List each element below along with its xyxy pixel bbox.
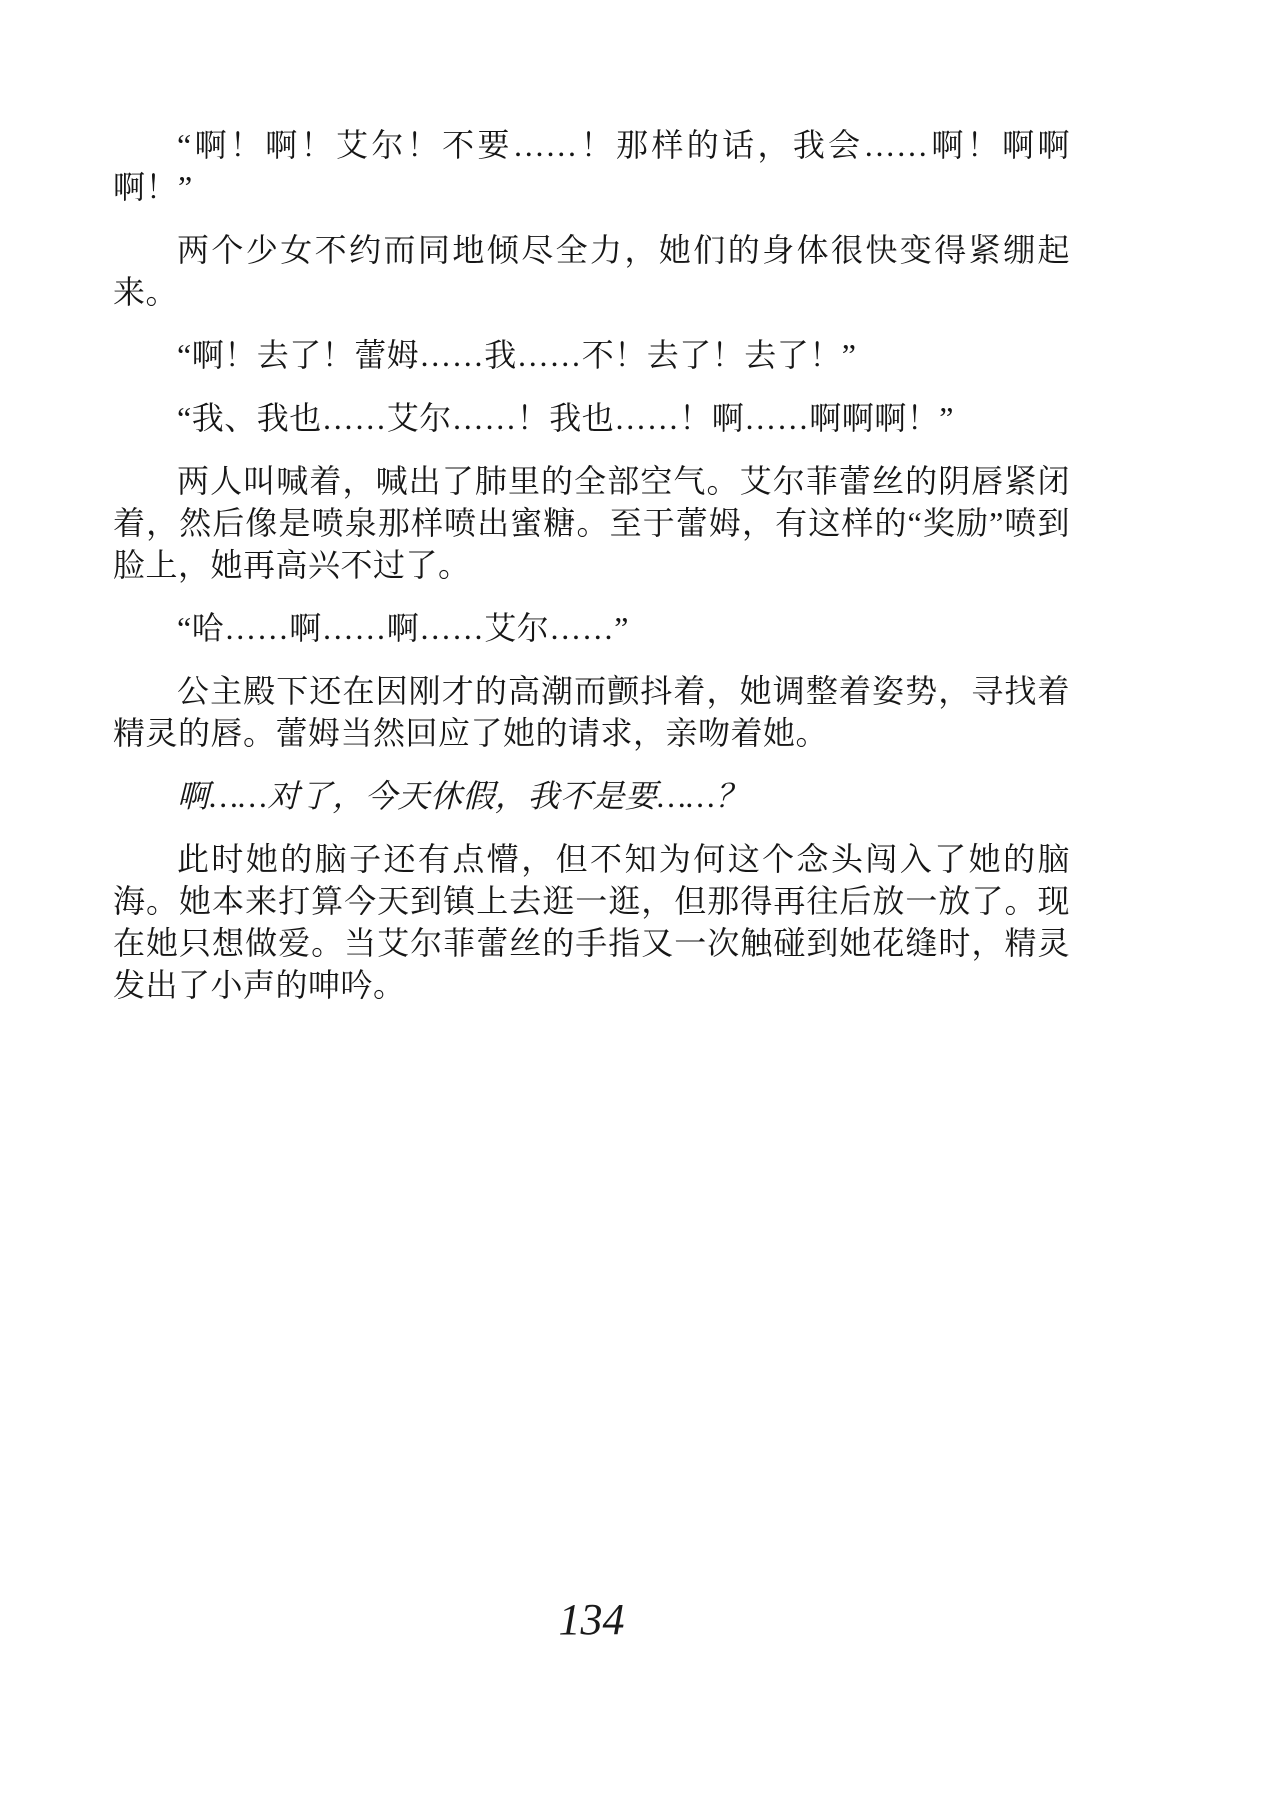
page-number: 134	[113, 1594, 1070, 1646]
paragraph-narration-1: 两个少女不约而同地倾尽全力，她们的身体很快变得紧绷起来。	[113, 229, 1070, 313]
paragraph-dialogue-3: “我、我也……艾尔……！我也……！啊……啊啊啊！”	[113, 397, 1070, 439]
paragraph-narration-3: 公主殿下还在因刚才的高潮而颤抖着，她调整着姿势，寻找着精灵的唇。蕾姆当然回应了她…	[113, 670, 1070, 754]
paragraph-dialogue-2: “啊！去了！蕾姆……我……不！去了！去了！”	[113, 334, 1070, 376]
paragraph-dialogue-1: “啊！啊！艾尔！不要……！那样的话，我会……啊！啊啊啊！”	[113, 124, 1070, 208]
paragraph-narration-2: 两人叫喊着，喊出了肺里的全部空气。艾尔菲蕾丝的阴唇紧闭着，然后像是喷泉那样喷出蜜…	[113, 460, 1070, 586]
ebook-page: “啊！啊！艾尔！不要……！那样的话，我会……啊！啊啊啊！” 两个少女不约而同地倾…	[0, 0, 1280, 1816]
page-text-block: “啊！啊！艾尔！不要……！那样的话，我会……啊！啊啊啊！” 两个少女不约而同地倾…	[113, 124, 1070, 1027]
paragraph-narration-4: 此时她的脑子还有点懵，但不知为何这个念头闯入了她的脑海。她本来打算今天到镇上去逛…	[113, 838, 1070, 1006]
paragraph-dialogue-4: “哈……啊……啊……艾尔……”	[113, 607, 1070, 649]
paragraph-inner-monologue: 啊……对了，今天休假，我不是要……？	[113, 775, 1070, 817]
